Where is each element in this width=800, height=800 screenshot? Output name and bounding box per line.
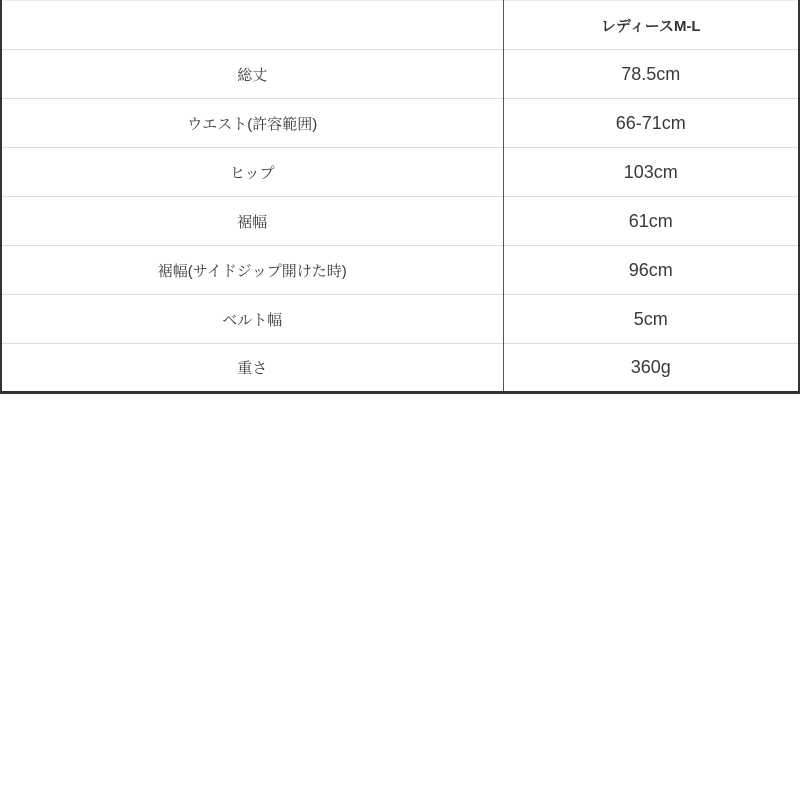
row-value-belt-width: 5cm: [503, 295, 799, 344]
row-value-hip: 103cm: [503, 148, 799, 197]
size-chart-table: レディースM-L 総丈 78.5cm ウエスト(許容範囲) 66-71cm ヒッ…: [0, 0, 800, 394]
header-size-column: レディースM-L: [503, 1, 799, 50]
row-value-waist: 66-71cm: [503, 99, 799, 148]
row-label-hem-width-zip-open: 裾幅(サイドジップ開けた時): [1, 246, 503, 295]
row-value-hem-width-zip-open: 96cm: [503, 246, 799, 295]
table-row: ベルト幅 5cm: [1, 295, 799, 344]
row-label-belt-width: ベルト幅: [1, 295, 503, 344]
header-label-cell-empty: [1, 1, 503, 50]
table-row: ウエスト(許容範囲) 66-71cm: [1, 99, 799, 148]
table-row: ヒップ 103cm: [1, 148, 799, 197]
row-label-hip: ヒップ: [1, 148, 503, 197]
row-value-weight: 360g: [503, 344, 799, 393]
row-label-hem-width: 裾幅: [1, 197, 503, 246]
size-chart-header-row: レディースM-L: [1, 1, 799, 50]
row-label-total-length: 総丈: [1, 50, 503, 99]
table-row: 総丈 78.5cm: [1, 50, 799, 99]
row-label-waist: ウエスト(許容範囲): [1, 99, 503, 148]
table-row: 裾幅 61cm: [1, 197, 799, 246]
row-value-hem-width: 61cm: [503, 197, 799, 246]
row-value-total-length: 78.5cm: [503, 50, 799, 99]
table-row: 裾幅(サイドジップ開けた時) 96cm: [1, 246, 799, 295]
row-label-weight: 重さ: [1, 344, 503, 393]
table-row: 重さ 360g: [1, 344, 799, 393]
